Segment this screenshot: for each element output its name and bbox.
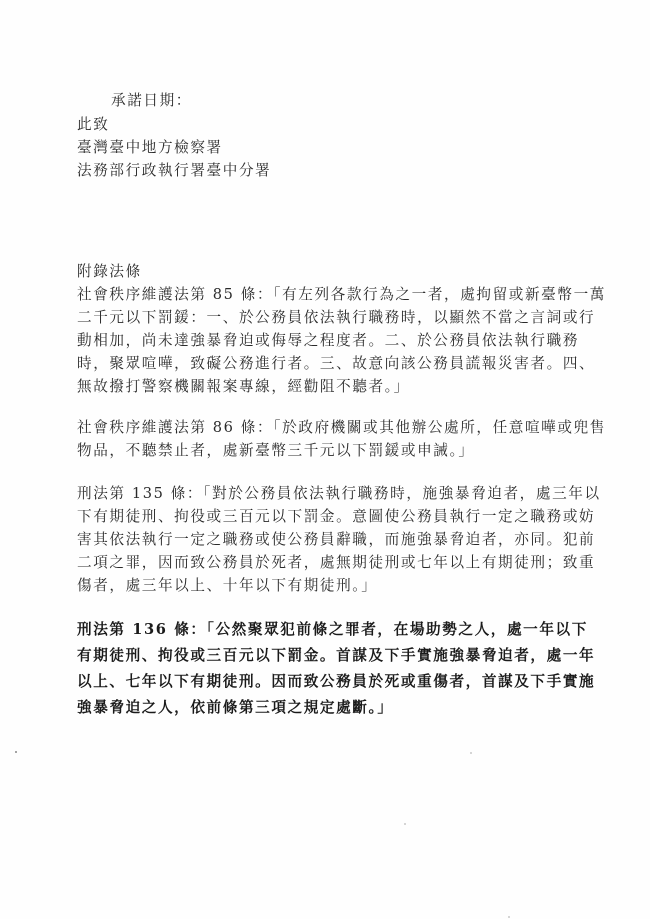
document-page: 承諾日期： 此致 臺灣臺中地方檢察署 法務部行政執行署臺中分署 附錄法條 社會秩… xyxy=(0,0,650,919)
article-line: 二千元以下罰鍰：一、於公務員依法執行職務時，以顯然不當之言詞或行 xyxy=(77,308,595,328)
scan-speck xyxy=(15,751,17,753)
recipient-1: 臺灣臺中地方檢察署 xyxy=(77,138,223,158)
article-line: 物品，不聽禁止者，處新臺幣三千元以下罰鍰或申誡。」 xyxy=(77,441,475,461)
article-line: 時，聚眾喧嘩，致礙公務進行者。三、故意向該公務員謊報災害者。四、 xyxy=(77,354,595,374)
scan-speck xyxy=(470,752,472,754)
article-line: 傷者，處三年以上、十年以下有期徒刑。」 xyxy=(77,576,377,596)
article-line: 刑法第 136 條：「公然聚眾犯前條之罪者，在場助勢之人，處一年以下 xyxy=(77,620,588,640)
article-line: 下有期徒刑、拘役或三百元以下罰金。意圖使公務員執行一定之職務或妨 xyxy=(77,507,595,527)
commitment-date-label: 承諾日期： xyxy=(111,91,192,111)
article-line: 害其依法執行一定之職務或使公務員辭職，而施強暴脅迫者，亦同。犯前 xyxy=(77,530,595,550)
salutation: 此致 xyxy=(77,115,109,135)
scan-speck xyxy=(404,823,406,825)
recipient-2: 法務部行政執行署臺中分署 xyxy=(77,161,271,181)
article-line: 強暴脅迫之人，依前條第三項之規定處斷。」 xyxy=(77,698,394,718)
article-line: 社會秩序維護法第 85 條：「有左列各款行為之一者，處拘留或新臺幣一萬 xyxy=(77,285,606,305)
scan-speck xyxy=(508,916,510,918)
article-line: 動相加，尚未達強暴脅迫或侮辱之程度者。二、於公務員依法執行職務 xyxy=(77,331,579,351)
article-line: 二項之罪，因而致公務員於死者，處無期徒刑或七年以上有期徒刑；致重 xyxy=(77,553,595,573)
article-line: 刑法第 135 條：「對於公務員依法執行職務時，施強暴脅迫者，處三年以 xyxy=(77,484,601,504)
article-line: 社會秩序維護法第 86 條：「於政府機關或其他辦公處所，任意喧嘩或兜售 xyxy=(77,418,606,438)
article-line: 無故撥打警察機關報案專線，經勸阻不聽者。」 xyxy=(77,377,410,397)
article-line: 有期徒刑、拘役或三百元以下罰金。首謀及下手實施強暴脅迫者，處一年 xyxy=(77,646,595,666)
appendix-title: 附錄法條 xyxy=(77,262,142,282)
article-line: 以上、七年以下有期徒刑。因而致公務員於死或重傷者，首謀及下手實施 xyxy=(77,672,595,692)
